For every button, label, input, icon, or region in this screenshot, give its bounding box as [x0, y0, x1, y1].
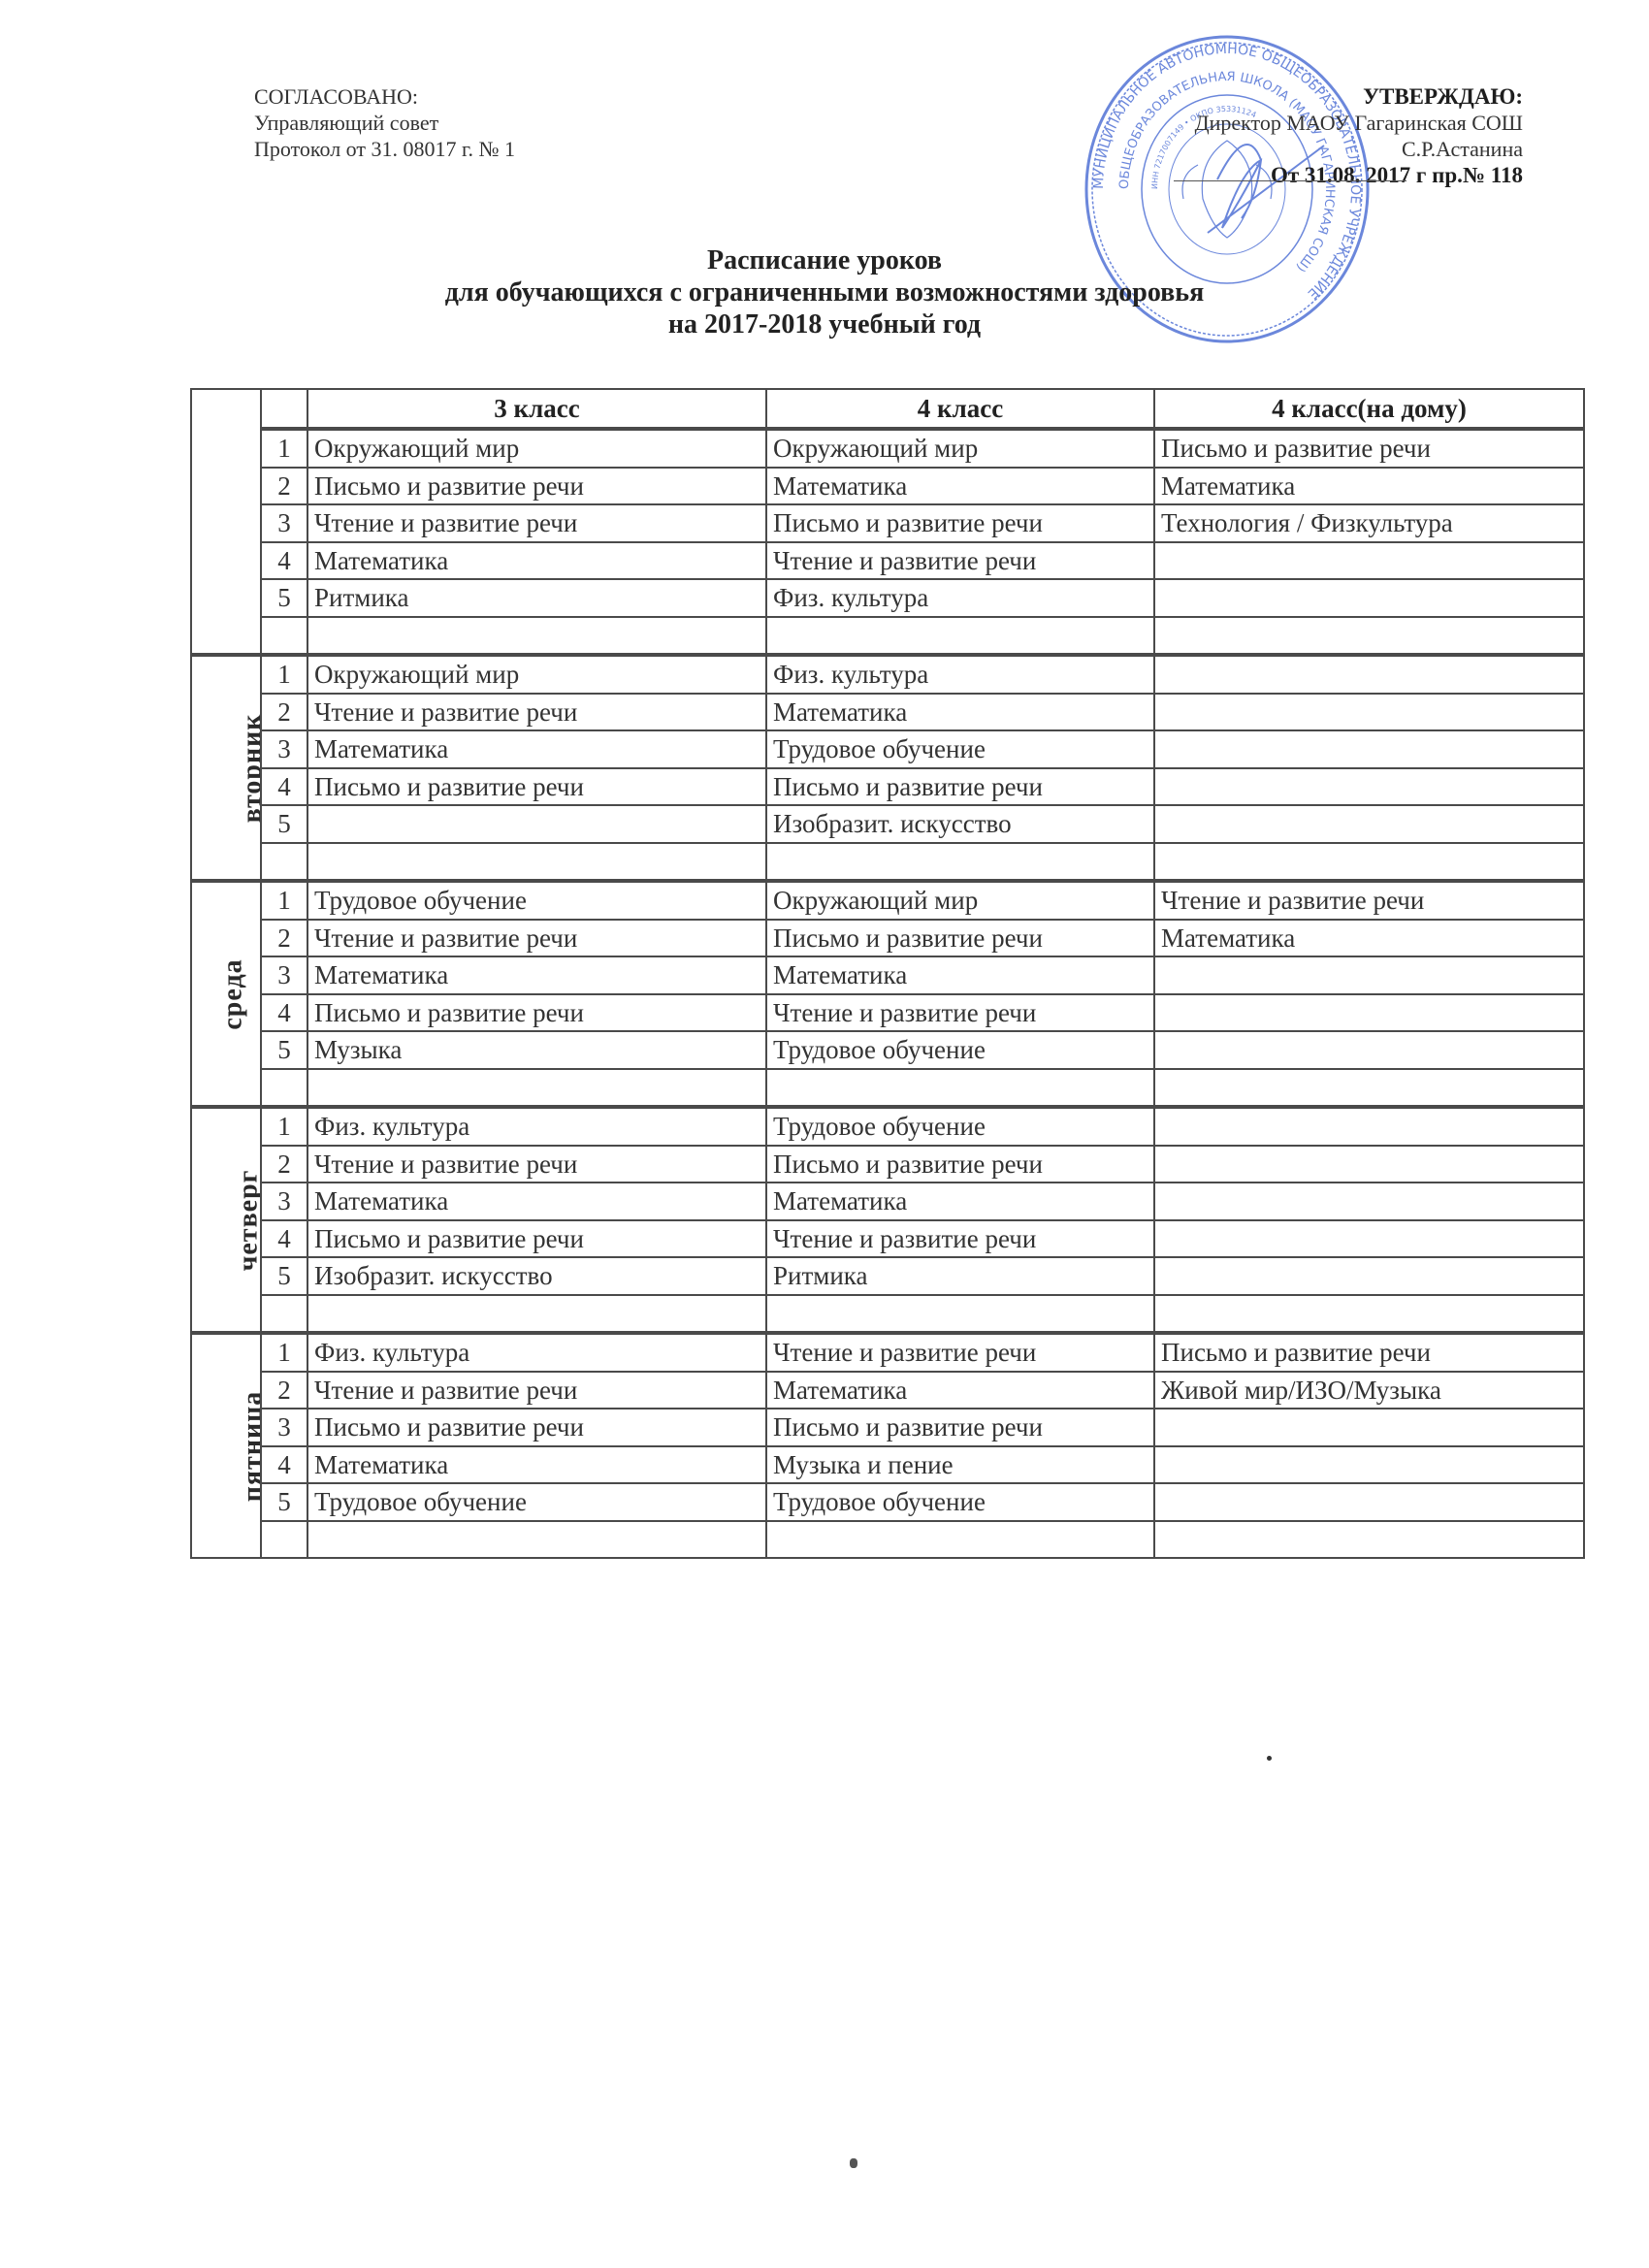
- lesson-cell-grade-3: Письмо и развитие речи: [307, 768, 766, 806]
- lesson-cell-grade-4: Чтение и развитие речи: [766, 994, 1154, 1032]
- lesson-cell-grade-4: Письмо и развитие речи: [766, 768, 1154, 806]
- lesson-row: 3Чтение и развитие речиПисьмо и развитие…: [191, 504, 1584, 542]
- spacer-cell: [307, 1521, 766, 1559]
- lesson-cell-grade-4: Окружающий мир: [766, 881, 1154, 920]
- day-label-cell: четверг: [191, 1107, 261, 1333]
- lesson-cell-grade-4: Письмо и развитие речи: [766, 1409, 1154, 1446]
- lesson-cell-grade-4-home: [1154, 655, 1584, 694]
- document-title: Расписание уроков для обучающихся с огра…: [0, 244, 1649, 340]
- lesson-number: 3: [261, 730, 307, 768]
- schedule-table: понедельник3 класс4 класс4 класс(на дому…: [190, 388, 1585, 1559]
- spacer-row: [191, 1295, 1584, 1334]
- lesson-cell-grade-4: Письмо и развитие речи: [766, 504, 1154, 542]
- day-label-cell: пятница: [191, 1333, 261, 1558]
- lesson-cell-grade-4-home: [1154, 694, 1584, 731]
- lesson-cell-grade-4-home: [1154, 1146, 1584, 1183]
- lesson-row: 3МатематикаМатематика: [191, 956, 1584, 994]
- lesson-number: 3: [261, 1183, 307, 1220]
- lesson-cell-grade-3: Математика: [307, 542, 766, 580]
- spacer-cell: [1154, 1521, 1584, 1559]
- lesson-cell-grade-4-home: [1154, 579, 1584, 617]
- day-label-cell: понедельник: [191, 389, 261, 655]
- lesson-cell-grade-4: Музыка и пение: [766, 1446, 1154, 1484]
- lesson-cell-grade-4: Трудовое обучение: [766, 730, 1154, 768]
- lesson-cell-grade-3: Физ. культура: [307, 1333, 766, 1372]
- lesson-cell-grade-4-home: [1154, 1409, 1584, 1446]
- column-header: 4 класс: [766, 389, 1154, 429]
- lesson-cell-grade-4-home: [1154, 994, 1584, 1032]
- spacer-cell: [1154, 617, 1584, 656]
- lesson-row: 2Чтение и развитие речиМатематикаЖивой м…: [191, 1372, 1584, 1409]
- lesson-cell-grade-4: Математика: [766, 468, 1154, 505]
- lesson-number: 2: [261, 1372, 307, 1409]
- lesson-cell-grade-4-home: [1154, 1031, 1584, 1069]
- approval-order: От 31.08. 2017 г пр.№ 118: [1195, 162, 1523, 188]
- lesson-cell-grade-3: Физ. культура: [307, 1107, 766, 1146]
- lesson-cell-grade-3: Чтение и развитие речи: [307, 920, 766, 957]
- lesson-row: 5Трудовое обучениеТрудовое обучение: [191, 1483, 1584, 1521]
- lesson-cell-grade-4-home: [1154, 1257, 1584, 1295]
- lesson-row: 5РитмикаФиз. культура: [191, 579, 1584, 617]
- lesson-cell-grade-4: Математика: [766, 1183, 1154, 1220]
- lesson-cell-grade-4-home: Математика: [1154, 468, 1584, 505]
- lesson-number: 3: [261, 1409, 307, 1446]
- spacer-cell: [307, 1295, 766, 1334]
- lesson-cell-grade-3: Окружающий мир: [307, 655, 766, 694]
- lesson-number: 5: [261, 1483, 307, 1521]
- lesson-row: 5Изобразит. искусство: [191, 805, 1584, 843]
- column-header: 4 класс(на дому): [1154, 389, 1584, 429]
- lesson-row: пятница1Физ. культураЧтение и развитие р…: [191, 1333, 1584, 1372]
- lesson-number: 5: [261, 805, 307, 843]
- lesson-cell-grade-4-home: [1154, 768, 1584, 806]
- spacer-cell: [766, 1069, 1154, 1108]
- spacer-cell: [766, 617, 1154, 656]
- column-header: 3 класс: [307, 389, 766, 429]
- lesson-cell-grade-3: Изобразит. искусство: [307, 1257, 766, 1295]
- approval-left-heading: СОГЛАСОВАНО:: [254, 83, 515, 110]
- lesson-row: 5МузыкаТрудовое обучение: [191, 1031, 1584, 1069]
- spacer-cell: [1154, 1069, 1584, 1108]
- lesson-row: 2Письмо и развитие речиМатематикаМатемат…: [191, 468, 1584, 505]
- lesson-cell-grade-4: Математика: [766, 694, 1154, 731]
- spacer-cell: [1154, 843, 1584, 882]
- spacer-cell: [261, 843, 307, 882]
- lesson-cell-grade-3: Математика: [307, 1446, 766, 1484]
- lesson-row: четверг1Физ. культураТрудовое обучение: [191, 1107, 1584, 1146]
- lesson-cell-grade-4: Окружающий мир: [766, 429, 1154, 468]
- lesson-cell-grade-3: Письмо и развитие речи: [307, 994, 766, 1032]
- lesson-cell-grade-4: Математика: [766, 956, 1154, 994]
- lesson-number: 2: [261, 1146, 307, 1183]
- lesson-number: 3: [261, 504, 307, 542]
- lesson-row: 4Письмо и развитие речиЧтение и развитие…: [191, 994, 1584, 1032]
- spacer-cell: [261, 1521, 307, 1559]
- lesson-number: 2: [261, 694, 307, 731]
- lesson-row: 3Письмо и развитие речиПисьмо и развитие…: [191, 1409, 1584, 1446]
- lesson-number: 3: [261, 956, 307, 994]
- lesson-number: 5: [261, 579, 307, 617]
- spacer-row: [191, 1521, 1584, 1559]
- lesson-row: 2Чтение и развитие речиПисьмо и развитие…: [191, 920, 1584, 957]
- day-label: вторник: [236, 714, 261, 824]
- lesson-cell-grade-4: Физ. культура: [766, 655, 1154, 694]
- lesson-row: среда1Трудовое обучениеОкружающий мирЧте…: [191, 881, 1584, 920]
- scan-speck: [850, 2158, 857, 2168]
- lesson-cell-grade-4-home: [1154, 730, 1584, 768]
- lesson-cell-grade-3: Математика: [307, 1183, 766, 1220]
- lesson-number: 1: [261, 881, 307, 920]
- spacer-row: [191, 843, 1584, 882]
- approval-right-heading: УТВЕРЖДАЮ:: [1195, 83, 1523, 110]
- approval-left-body: Управляющий совет: [254, 110, 515, 136]
- lesson-number: 1: [261, 655, 307, 694]
- day-label: среда: [217, 958, 250, 1029]
- lesson-number: 2: [261, 920, 307, 957]
- day-label-cell: вторник: [191, 655, 261, 881]
- spacer-row: [191, 617, 1584, 656]
- lesson-row: 3МатематикаМатематика: [191, 1183, 1584, 1220]
- lesson-row: 4Письмо и развитие речиЧтение и развитие…: [191, 1220, 1584, 1258]
- lesson-number: 5: [261, 1031, 307, 1069]
- lesson-number: 4: [261, 1446, 307, 1484]
- lesson-cell-grade-3: Трудовое обучение: [307, 1483, 766, 1521]
- lesson-row: 2Чтение и развитие речиПисьмо и развитие…: [191, 1146, 1584, 1183]
- lesson-number: 1: [261, 1333, 307, 1372]
- title-line-1: Расписание уроков: [0, 244, 1649, 276]
- lesson-number: 1: [261, 429, 307, 468]
- lesson-cell-grade-4: Трудовое обучение: [766, 1107, 1154, 1146]
- lesson-cell-grade-4: Чтение и развитие речи: [766, 542, 1154, 580]
- lesson-cell-grade-3: [307, 805, 766, 843]
- approval-left-block: СОГЛАСОВАНО: Управляющий совет Протокол …: [254, 83, 515, 162]
- day-label-cell: среда: [191, 881, 261, 1107]
- lesson-cell-grade-3: Чтение и развитие речи: [307, 694, 766, 731]
- approval-left-protocol: Протокол от 31. 08017 г. № 1: [254, 136, 515, 162]
- lesson-cell-grade-3: Чтение и развитие речи: [307, 504, 766, 542]
- lesson-row: 1Окружающий мирОкружающий мирПисьмо и ра…: [191, 429, 1584, 468]
- lesson-number: 4: [261, 1220, 307, 1258]
- lesson-cell-grade-4-home: [1154, 542, 1584, 580]
- lesson-cell-grade-4: Письмо и развитие речи: [766, 1146, 1154, 1183]
- lesson-row: 5Изобразит. искусствоРитмика: [191, 1257, 1584, 1295]
- spacer-cell: [766, 1521, 1154, 1559]
- lesson-cell-grade-4: Физ. культура: [766, 579, 1154, 617]
- lesson-cell-grade-3: Письмо и развитие речи: [307, 1409, 766, 1446]
- lesson-cell-grade-4-home: Письмо и развитие речи: [1154, 429, 1584, 468]
- approval-right-block: УТВЕРЖДАЮ: Директор МАОУ Гагаринская СОШ…: [1195, 83, 1523, 188]
- day-label: пятница: [237, 1391, 261, 1502]
- lesson-cell-grade-4: Трудовое обучение: [766, 1483, 1154, 1521]
- lesson-cell-grade-4-home: Письмо и развитие речи: [1154, 1333, 1584, 1372]
- lesson-cell-grade-4-home: [1154, 1483, 1584, 1521]
- lesson-cell-grade-4: Изобразит. искусство: [766, 805, 1154, 843]
- lesson-cell-grade-3: Математика: [307, 956, 766, 994]
- lesson-number: 4: [261, 994, 307, 1032]
- spacer-cell: [307, 1069, 766, 1108]
- spacer-cell: [1154, 1295, 1584, 1334]
- lesson-row: 2Чтение и развитие речиМатематика: [191, 694, 1584, 731]
- lesson-cell-grade-4-home: Математика: [1154, 920, 1584, 957]
- signature-line: [1174, 180, 1406, 181]
- spacer-cell: [766, 843, 1154, 882]
- lesson-cell-grade-4: Трудовое обучение: [766, 1031, 1154, 1069]
- director-name: С.Р.Астанина: [1195, 136, 1523, 162]
- lesson-cell-grade-3: Письмо и развитие речи: [307, 1220, 766, 1258]
- header-number-cell: [261, 389, 307, 429]
- lesson-row: 4Письмо и развитие речиПисьмо и развитие…: [191, 768, 1584, 806]
- lesson-cell-grade-3: Трудовое обучение: [307, 881, 766, 920]
- title-line-3: на 2017-2018 учебный год: [0, 308, 1649, 340]
- lesson-cell-grade-4-home: [1154, 956, 1584, 994]
- director-position: Директор МАОУ Гагаринская СОШ: [1195, 110, 1523, 136]
- lesson-cell-grade-4-home: [1154, 805, 1584, 843]
- lesson-number: 4: [261, 768, 307, 806]
- lesson-cell-grade-3: Письмо и развитие речи: [307, 468, 766, 505]
- scan-speck: [1267, 1756, 1272, 1761]
- lesson-row: вторник1Окружающий мирФиз. культура: [191, 655, 1584, 694]
- lesson-number: 1: [261, 1107, 307, 1146]
- lesson-cell-grade-4-home: [1154, 1446, 1584, 1484]
- lesson-cell-grade-4: Письмо и развитие речи: [766, 920, 1154, 957]
- spacer-cell: [261, 617, 307, 656]
- spacer-cell: [766, 1295, 1154, 1334]
- lesson-cell-grade-4: Ритмика: [766, 1257, 1154, 1295]
- lesson-cell-grade-3: Ритмика: [307, 579, 766, 617]
- spacer-cell: [307, 617, 766, 656]
- lesson-row: 4МатематикаЧтение и развитие речи: [191, 542, 1584, 580]
- lesson-cell-grade-4-home: Живой мир/ИЗО/Музыка: [1154, 1372, 1584, 1409]
- spacer-cell: [307, 843, 766, 882]
- lesson-cell-grade-4-home: Чтение и развитие речи: [1154, 881, 1584, 920]
- lesson-cell-grade-3: Окружающий мир: [307, 429, 766, 468]
- lesson-row: 4МатематикаМузыка и пение: [191, 1446, 1584, 1484]
- lesson-cell-grade-4-home: Технология / Физкультура: [1154, 504, 1584, 542]
- spacer-row: [191, 1069, 1584, 1108]
- lesson-cell-grade-4: Математика: [766, 1372, 1154, 1409]
- lesson-cell-grade-3: Чтение и развитие речи: [307, 1146, 766, 1183]
- lesson-number: 2: [261, 468, 307, 505]
- table-header-row: понедельник3 класс4 класс4 класс(на дому…: [191, 389, 1584, 429]
- lesson-row: 3МатематикаТрудовое обучение: [191, 730, 1584, 768]
- lesson-cell-grade-4-home: [1154, 1220, 1584, 1258]
- lesson-cell-grade-4: Чтение и развитие речи: [766, 1333, 1154, 1372]
- lesson-number: 5: [261, 1257, 307, 1295]
- spacer-cell: [261, 1295, 307, 1334]
- lesson-cell-grade-3: Чтение и развитие речи: [307, 1372, 766, 1409]
- lesson-cell-grade-4-home: [1154, 1183, 1584, 1220]
- lesson-cell-grade-4-home: [1154, 1107, 1584, 1146]
- title-line-2: для обучающихся с ограниченными возможно…: [0, 276, 1649, 308]
- lesson-cell-grade-3: Музыка: [307, 1031, 766, 1069]
- day-label: четверг: [232, 1170, 261, 1272]
- lesson-number: 4: [261, 542, 307, 580]
- lesson-cell-grade-4: Чтение и развитие речи: [766, 1220, 1154, 1258]
- spacer-cell: [261, 1069, 307, 1108]
- lesson-cell-grade-3: Математика: [307, 730, 766, 768]
